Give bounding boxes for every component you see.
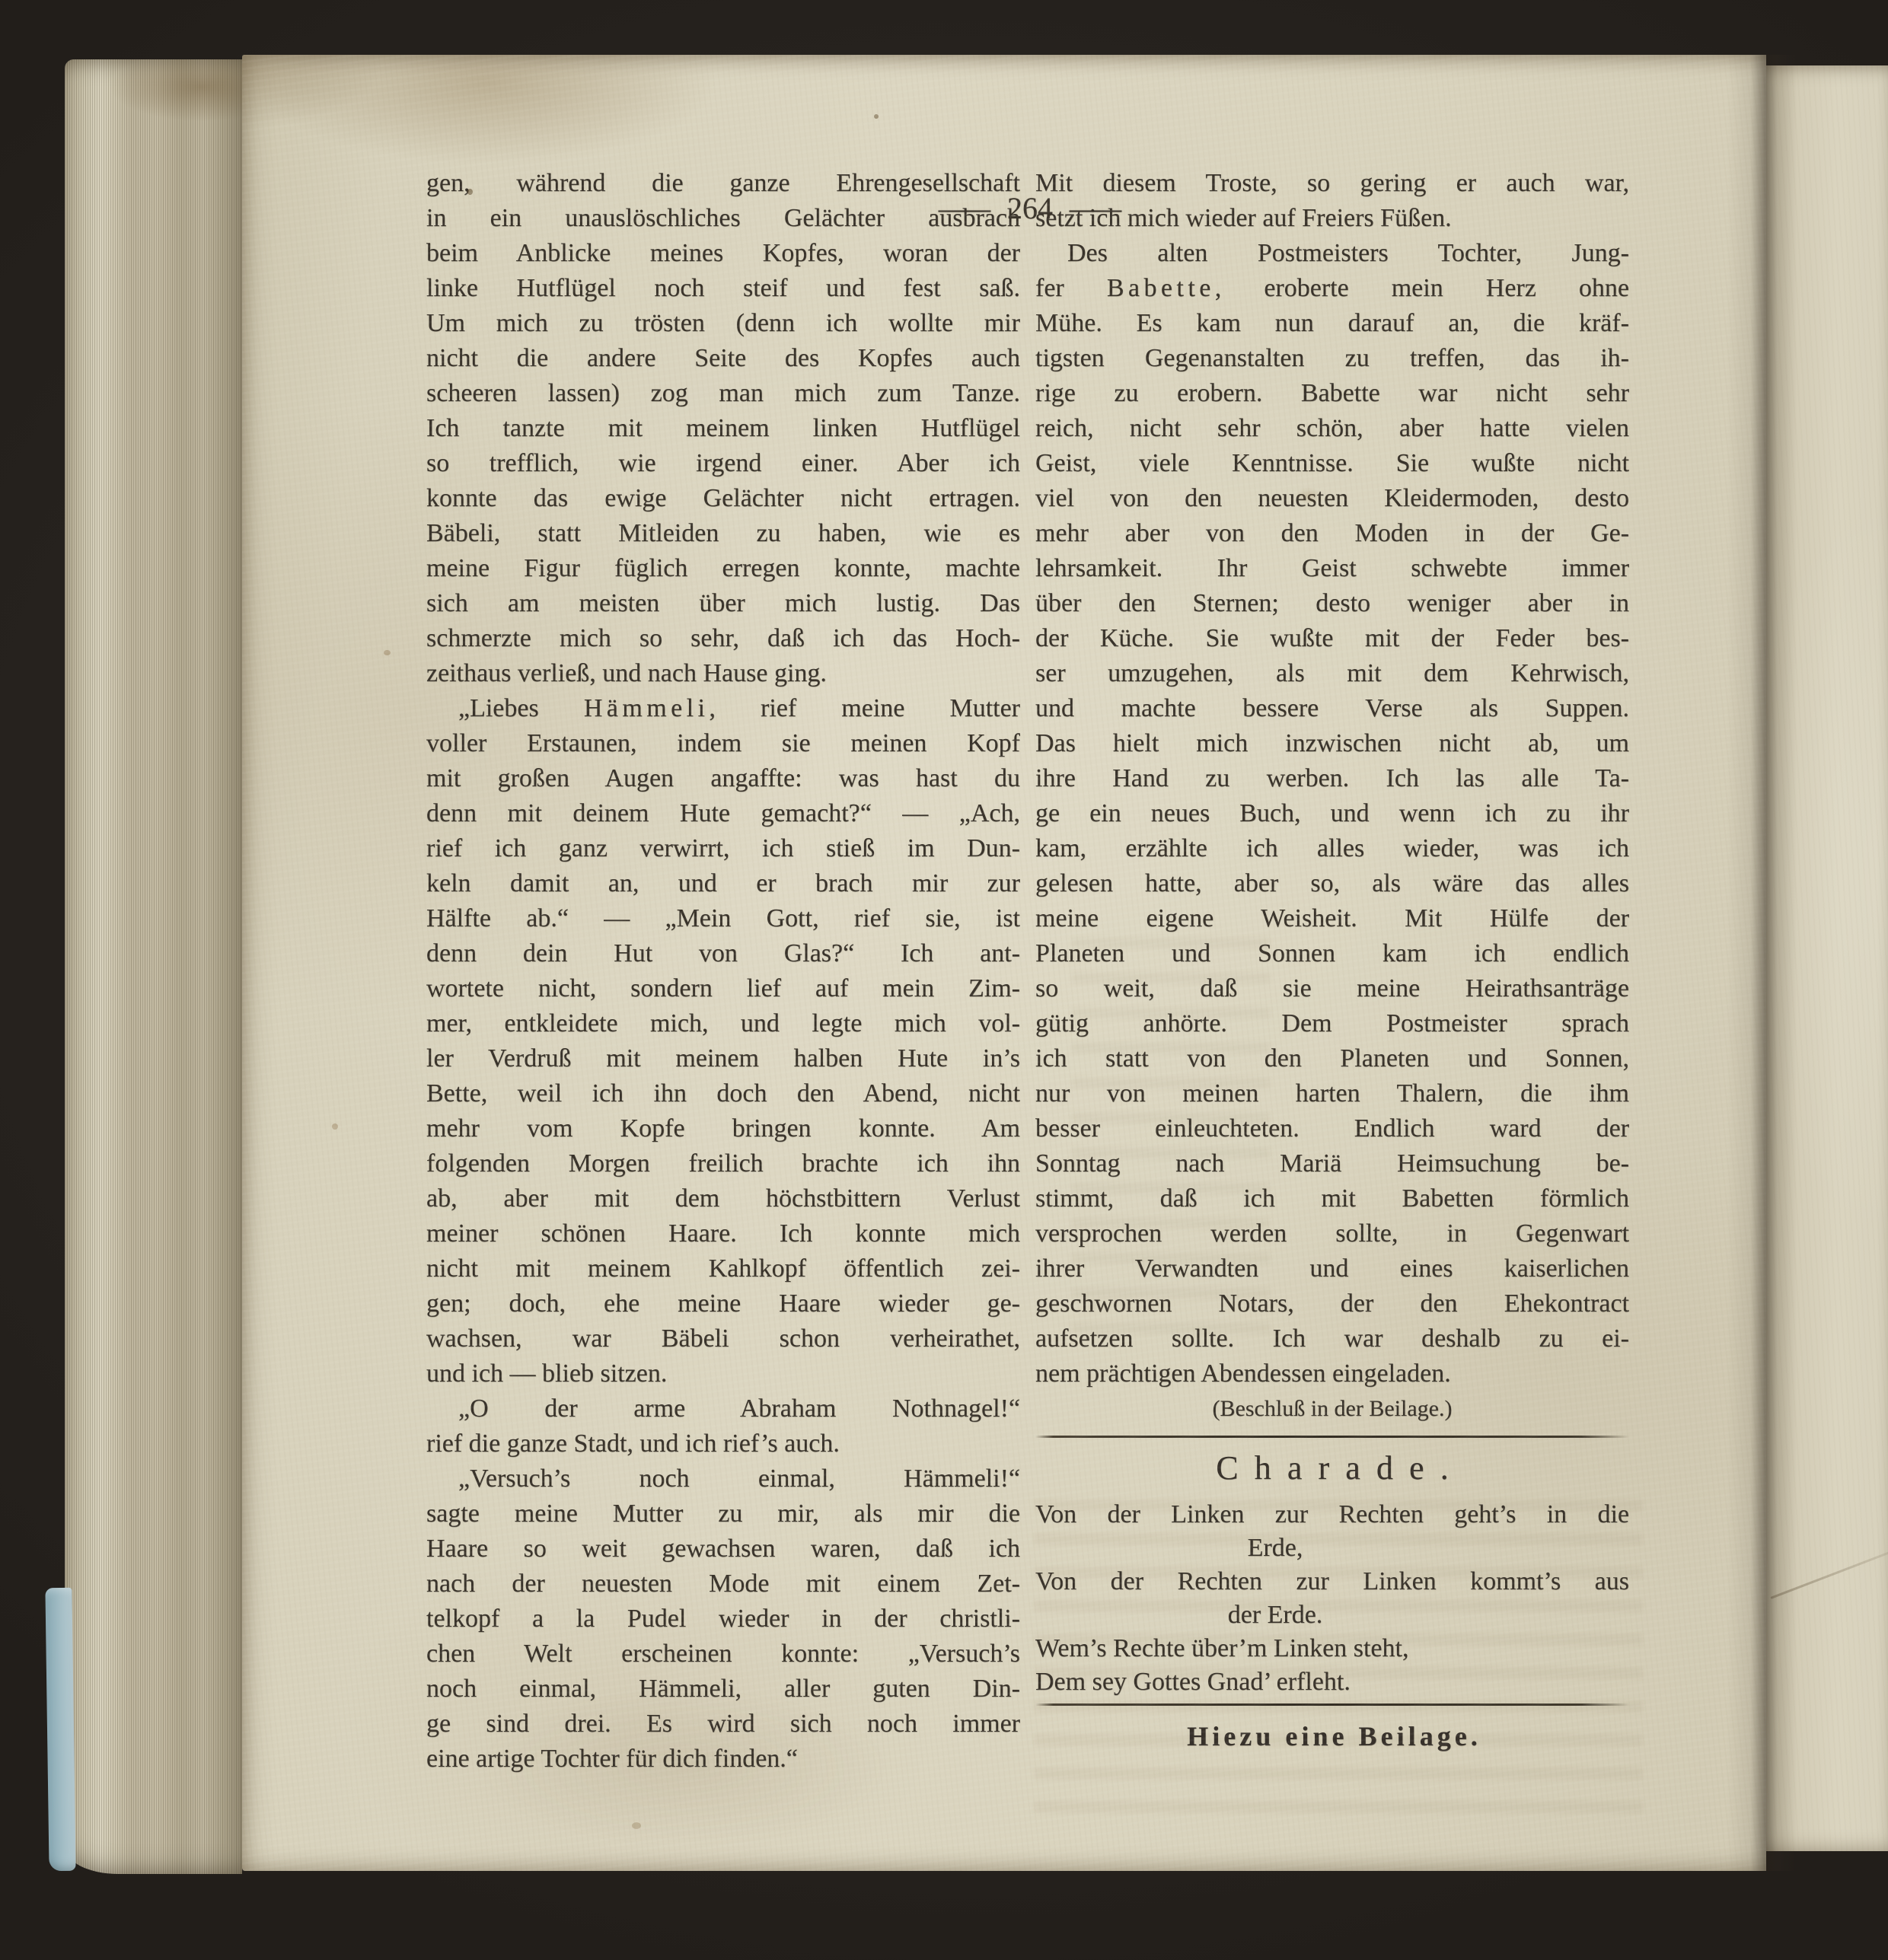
text-line: Sonntag nach Mariä Heimsuchung be-	[1035, 1146, 1629, 1181]
text-line: Hälfte ab.“ — „Mein Gott, rief sie, ist	[426, 901, 1020, 936]
text-line: wachsen, war Bäbeli schon verheirathet,	[426, 1321, 1020, 1356]
text-line: Mit diesem Troste, so gering er auch war…	[1035, 166, 1629, 201]
text-line: fer Babette, eroberte mein Herz ohne	[1035, 271, 1629, 306]
supplement-note: Hiezu eine Beilage.	[1035, 1718, 1629, 1754]
text-line: nem prächtigen Abendessen eingeladen.	[1035, 1356, 1629, 1391]
text-line: nach der neuesten Mode mit einem Zet-	[426, 1566, 1020, 1601]
section-divider-rule	[1035, 1436, 1629, 1438]
text-line: mehr aber von den Moden in der Ge-	[1035, 516, 1629, 551]
footer-divider-rule	[1035, 1703, 1629, 1706]
text-line: sich am meisten über mich lustig. Das	[426, 586, 1020, 621]
text-line: mit großen Augen angaffte: was hast du	[426, 761, 1020, 796]
text-line: Bette, weil ich ihn doch den Abend, nich…	[426, 1076, 1020, 1111]
charade-verse: Von der Linken zur Rechten geht’s in die…	[1035, 1498, 1629, 1699]
text-line: reich, nicht sehr schön, aber hatte viel…	[1035, 411, 1629, 446]
text-line: voller Erstaunen, indem sie meinen Kopf	[426, 726, 1020, 761]
text-line: so weit, daß sie meine Heirathsanträge	[1035, 971, 1629, 1006]
text-line: Geist, viele Kenntnisse. Sie wußte nicht	[1035, 446, 1629, 481]
text-line: eine artige Tochter für dich finden.“	[426, 1742, 1020, 1777]
text-line: gen; doch, ehe meine Haare wieder ge-	[426, 1286, 1020, 1321]
text-segment: , rief meine Mutter	[709, 694, 1020, 722]
text-line: und ich — blieb sitzen.	[426, 1356, 1020, 1391]
text-line: Erde,	[1035, 1531, 1629, 1565]
text-line: Bäbeli, statt Mitleiden zu haben, wie es	[426, 516, 1020, 551]
text-line: über den Sternen; desto weniger aber in	[1035, 586, 1629, 621]
text-line: Haare so weit gewachsen waren, daß ich	[426, 1531, 1020, 1566]
text-line: chen Welt erscheinen konnte: „Versuch’s	[426, 1637, 1020, 1672]
text-line: „Versuch’s noch einmal, Hämmeli!“	[426, 1461, 1020, 1496]
text-line: folgenden Morgen freilich brachte ich ih…	[426, 1146, 1020, 1181]
text-line: sagte meine Mutter zu mir, als mir die	[426, 1496, 1020, 1531]
text-line: noch einmal, Hämmeli, aller guten Din-	[426, 1672, 1020, 1707]
text-line: scheeren lassen) zog man mich zum Tanze.	[426, 376, 1020, 411]
text-line: denn mit deinem Hute gemacht?“ — „Ach,	[426, 796, 1020, 831]
book-fore-edge-pages	[65, 59, 242, 1874]
text-line: mer, entkleidete mich, und legte mich vo…	[426, 1006, 1020, 1041]
text-line: zeithaus verließ, und nach Hause ging.	[426, 656, 1020, 691]
text-line: tigsten Gegenanstalten zu treffen, das i…	[1035, 341, 1629, 376]
text-line: linke Hutflügel noch steif und fest saß.	[426, 271, 1020, 306]
text-line: meine Figur füglich erregen konnte, mach…	[426, 551, 1020, 586]
right-text-column: Mit diesem Troste, so gering er auch war…	[1035, 166, 1629, 1754]
text-line: mehr vom Kopfe bringen konnte. Am	[426, 1111, 1020, 1146]
text-line: geschwornen Notars, der den Ehekontract	[1035, 1286, 1629, 1321]
text-line: gütig anhörte. Dem Postmeister sprach	[1035, 1006, 1629, 1041]
scanned-book-photo: —264— gen, während die ganze Ehrengesell…	[0, 0, 1888, 1960]
text-line: viel von den neuesten Kleidermoden, dest…	[1035, 481, 1629, 516]
text-line: stimmt, daß ich mit Babetten förmlich	[1035, 1181, 1629, 1216]
text-line: schmerzte mich so sehr, daß ich das Hoch…	[426, 621, 1020, 656]
text-line: Von der Linken zur Rechten geht’s in die	[1035, 1498, 1629, 1531]
text-line: konnte das ewige Gelächter nicht ertrage…	[426, 481, 1020, 516]
text-line: Um mich zu trösten (denn ich wollte mir	[426, 306, 1020, 341]
text-segment: „Liebes	[458, 694, 584, 722]
text-line: Das hielt mich inzwischen nicht ab, um	[1035, 726, 1629, 761]
text-line: ge ein neues Buch, und wenn ich zu ihr	[1035, 796, 1629, 831]
paper-speck	[874, 114, 879, 119]
book-page: —264— gen, während die ganze Ehrengesell…	[242, 55, 1766, 1871]
text-line: Von der Rechten zur Linken kommt’s aus	[1035, 1565, 1629, 1598]
text-line: und machte bessere Verse als Suppen.	[1035, 691, 1629, 726]
text-line: wortete nicht, sondern lief auf mein Zim…	[426, 971, 1020, 1006]
text-line: nicht die andere Seite des Kopfes auch	[426, 341, 1020, 376]
text-line: ihre Hand zu werben. Ich las alle Ta-	[1035, 761, 1629, 796]
text-line: versprochen werden sollte, in Gegenwart	[1035, 1216, 1629, 1251]
text-line: ser umzugehen, als mit dem Kehrwisch,	[1035, 656, 1629, 691]
text-line: Wem’s Rechte über’m Linken steht,	[1035, 1632, 1629, 1665]
text-line: denn dein Hut von Glas?“ Ich ant-	[426, 936, 1020, 971]
text-line: besser einleuchteten. Endlich ward der	[1035, 1111, 1629, 1146]
right-column-story: Mit diesem Troste, so gering er auch war…	[1035, 166, 1629, 1391]
text-line: meiner schönen Haare. Ich konnte mich	[426, 1216, 1020, 1251]
text-line: lehrsamkeit. Ihr Geist schwebte immer	[1035, 551, 1629, 586]
text-line: gelesen hatte, aber so, als wäre das all…	[1035, 866, 1629, 901]
page-content: —264— gen, während die ganze Ehrengesell…	[242, 55, 1766, 1871]
text-segment: fer	[1035, 274, 1107, 302]
text-line: ihrer Verwandten und eines kaiserlichen	[1035, 1251, 1629, 1286]
charade-heading: Charade.	[1035, 1448, 1629, 1488]
left-text-column: gen, während die ganze Ehrengesellschaft…	[426, 166, 1020, 1777]
text-line: Dem sey Gottes Gnad’ erfleht.	[1035, 1665, 1629, 1699]
closing-note: (Beschluß in der Beilage.)	[1035, 1391, 1629, 1426]
text-line: in ein unauslöschliches Gelächter ausbra…	[426, 201, 1020, 236]
text-line: Des alten Postmeisters Tochter, Jung-	[1035, 236, 1629, 271]
emphasized-name: Hämmeli	[584, 694, 710, 722]
text-line: rief ich ganz verwirrt, ich stieß im Dun…	[426, 831, 1020, 866]
text-line: so trefflich, wie irgend einer. Aber ich	[426, 446, 1020, 481]
text-line: Mühe. Es kam nun darauf an, die kräf-	[1035, 306, 1629, 341]
text-line: kam, erzählte ich alles wieder, was ich	[1035, 831, 1629, 866]
emphasized-name: Babette	[1107, 274, 1215, 302]
text-line: rief die ganze Stadt, und ich rief’s auc…	[426, 1426, 1020, 1461]
text-line: ge sind drei. Es wird sich noch immer	[426, 1707, 1020, 1742]
text-line: der Küche. Sie wußte mit der Feder bes-	[1035, 621, 1629, 656]
text-line: Planeten und Sonnen kam ich endlich	[1035, 936, 1629, 971]
text-line: ler Verdruß mit meinem halben Hute in’s	[426, 1041, 1020, 1076]
text-line: rige zu erobern. Babette war nicht sehr	[1035, 376, 1629, 411]
text-line: meine eigene Weisheit. Mit Hülfe der	[1035, 901, 1629, 936]
text-line: telkopf a la Pudel wieder in der christl…	[426, 1601, 1020, 1637]
text-line: ich statt von den Planeten und Sonnen,	[1035, 1041, 1629, 1076]
text-line: Ich tanzte mit meinem linken Hutflügel	[426, 411, 1020, 446]
text-line: „Liebes Hämmeli, rief meine Mutter	[426, 691, 1020, 726]
facing-page-edge	[1766, 65, 1888, 1851]
text-line: der Erde.	[1035, 1598, 1629, 1632]
text-line: beim Anblicke meines Kopfes, woran der	[426, 236, 1020, 271]
text-line: ab, aber mit dem höchstbittern Verlust	[426, 1181, 1020, 1216]
text-line: „O der arme Abraham Nothnagel!“	[426, 1391, 1020, 1426]
paper-speck	[332, 1123, 338, 1130]
paper-stain	[632, 1822, 641, 1829]
text-line: nur von meinen harten Thalern, die ihm	[1035, 1076, 1629, 1111]
book-cover-edge	[45, 1588, 75, 1871]
text-line: setzt ich mich wieder auf Freiers Füßen.	[1035, 201, 1629, 236]
text-segment: , eroberte mein Herz ohne	[1215, 274, 1629, 302]
text-line: nicht mit meinem Kahlkopf öffentlich zei…	[426, 1251, 1020, 1286]
text-line: aufsetzen sollte. Ich war deshalb zu ei-	[1035, 1321, 1629, 1356]
paper-speck	[384, 650, 391, 655]
text-line: keln damit an, und er brach mir zur	[426, 866, 1020, 901]
text-line: gen, während die ganze Ehrengesellschaft	[426, 166, 1020, 201]
